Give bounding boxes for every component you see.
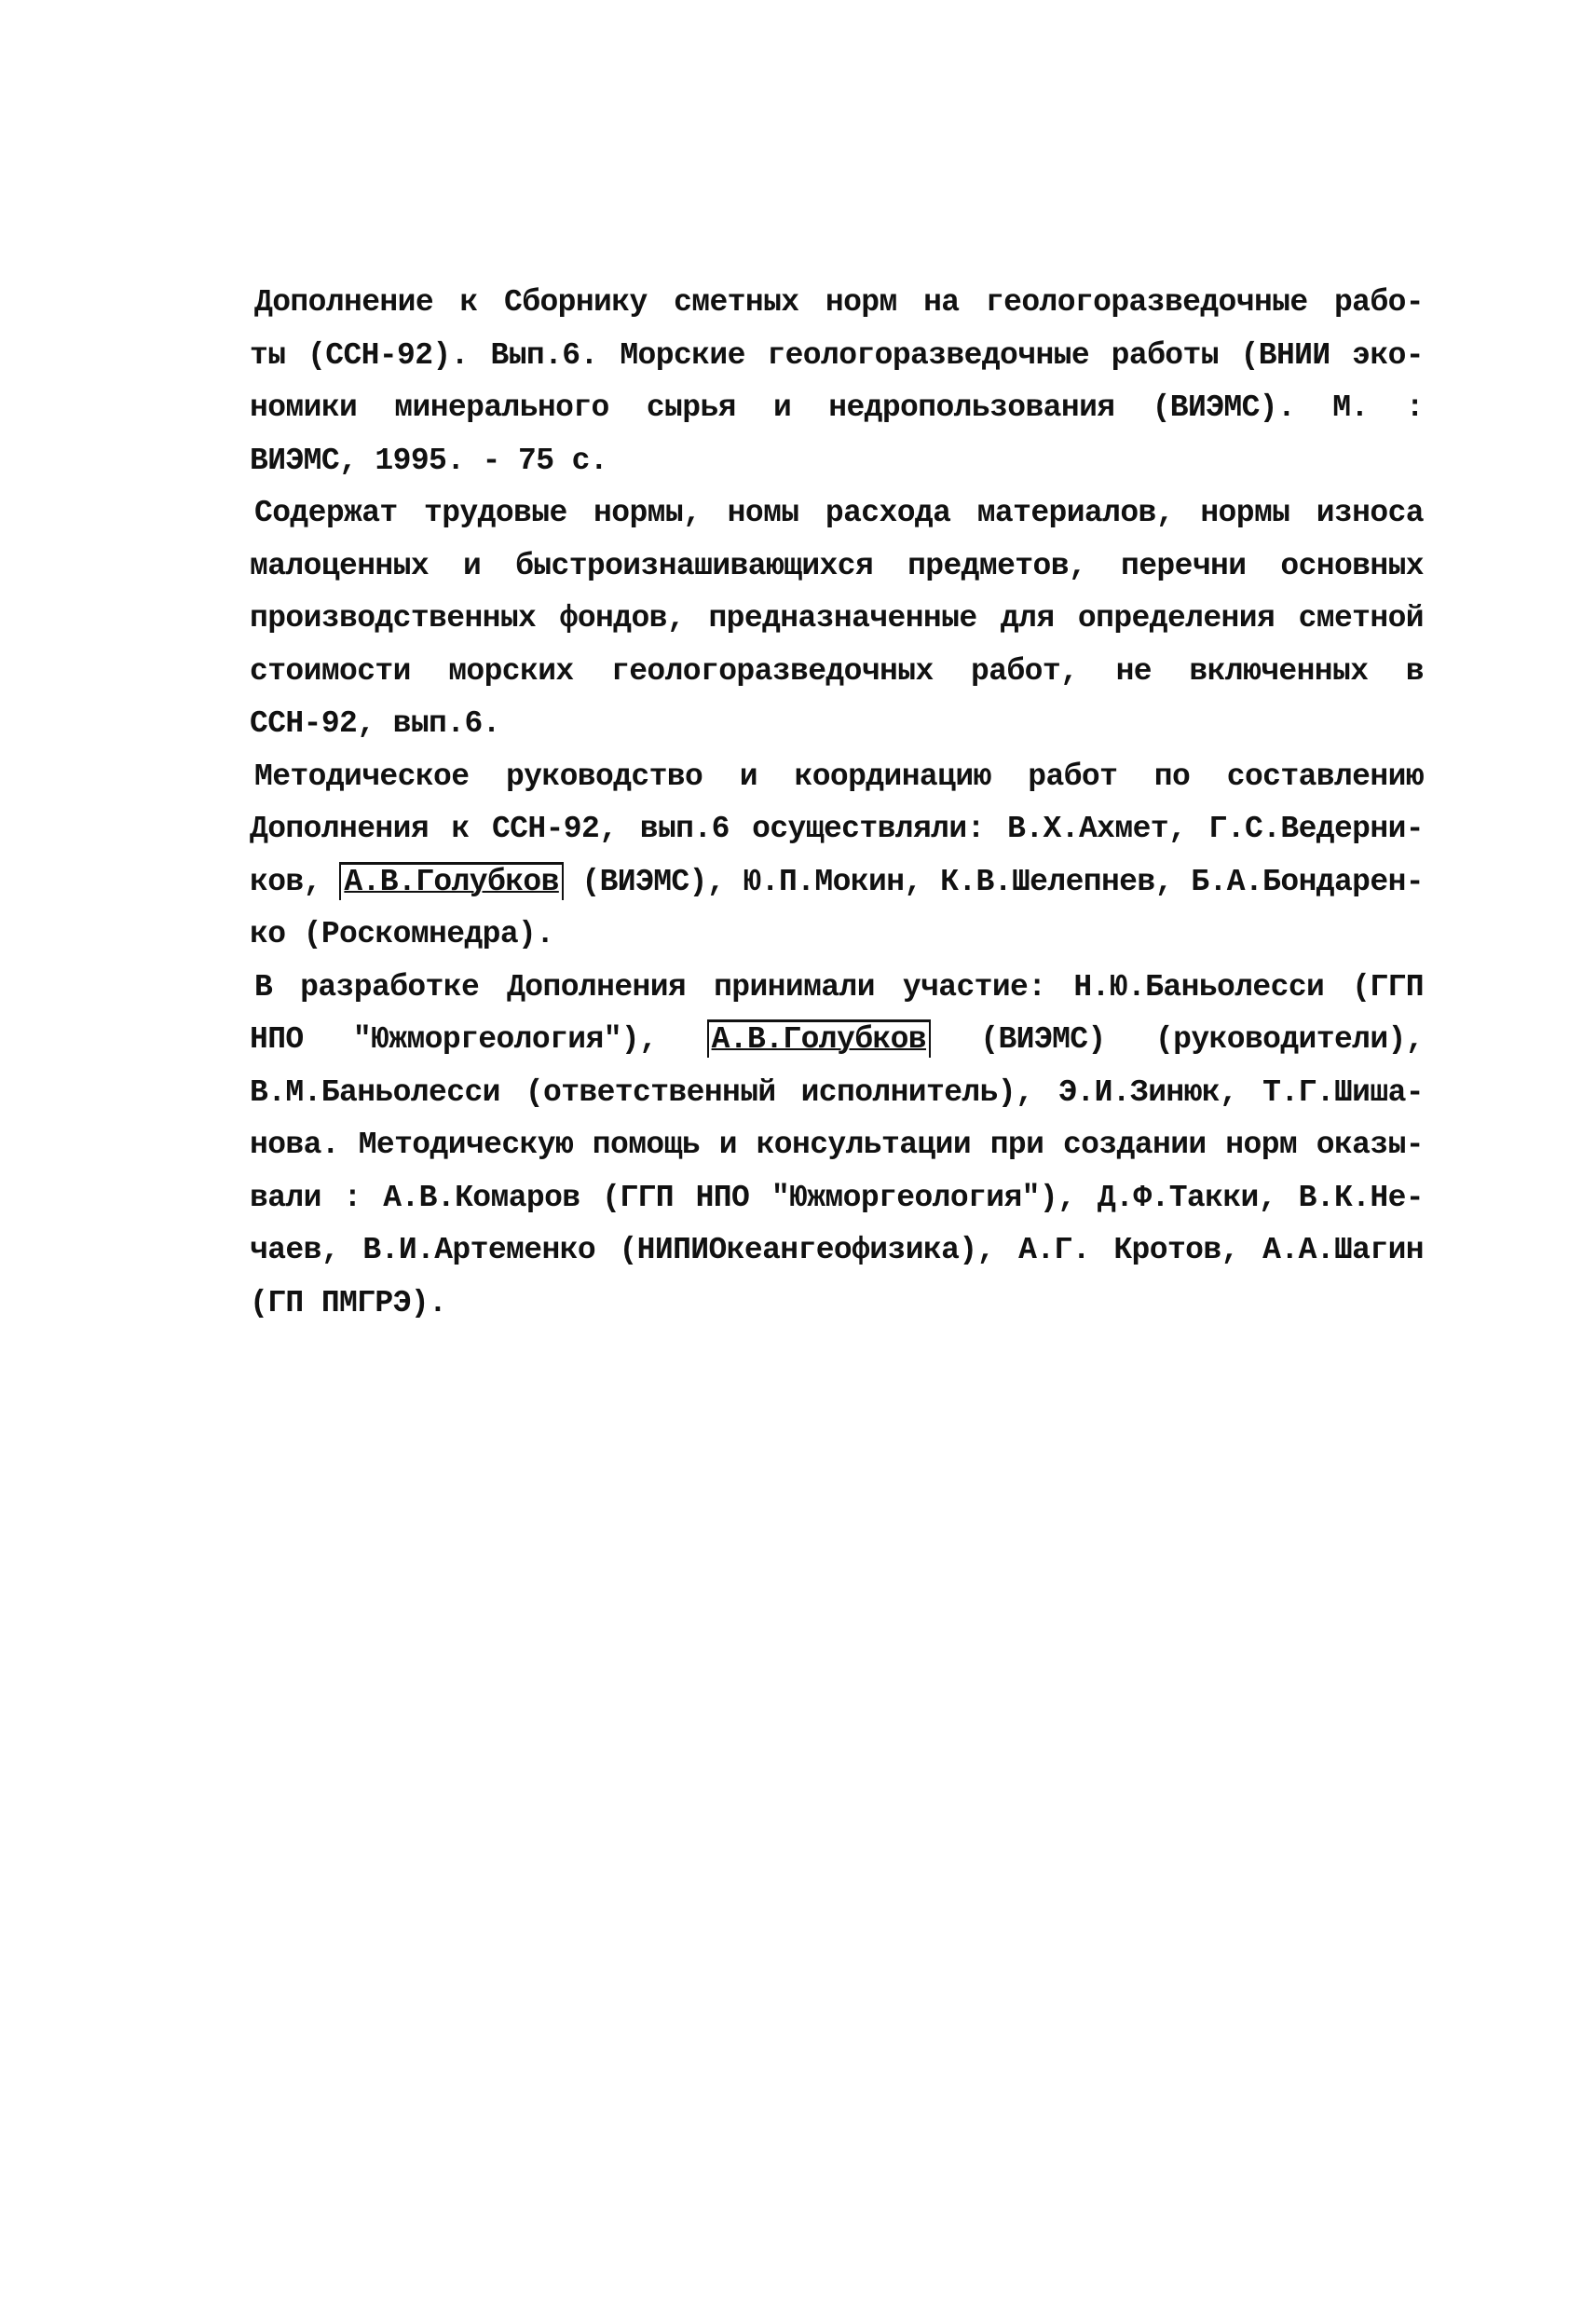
contents-description-paragraph: Содержат трудовые нормы, номы расхода ма… [250,487,1424,751]
text-line: номики минерального сырья и недропользов… [250,382,1424,435]
text-line: ты (ССН-92). Вып.6. Морские геологоразве… [250,330,1424,383]
text-fragment: ков, [250,865,339,899]
text-line: Дополнение к Сборнику сметных норм на ге… [250,277,1424,330]
annotation-text: Дополнение к Сборнику сметных норм на ге… [250,277,1424,1330]
text-line: ССН-92, вып.6. [250,698,1424,751]
text-line: Содержат трудовые нормы, номы расхода ма… [250,487,1424,540]
text-line: производственных фондов, предназначенные… [250,593,1424,646]
text-line: малоценных и быстроизнашивающихся предме… [250,540,1424,594]
memorial-name-frame: А.В.Голубков [339,862,563,900]
text-fragment: НПО "Южморгеология"), [250,1022,707,1057]
text-line: ко (Роскомнедра). [250,909,1424,962]
text-line: стоимости морских геологоразведочных раб… [250,646,1424,699]
text-line: В.М.Баньолесси (ответственный исполнител… [250,1067,1424,1120]
text-line: Дополнения к ССН-92, вып.6 осуществляли:… [250,803,1424,856]
text-line: нова. Методическую помощь и консультации… [250,1119,1424,1172]
text-line: В разработке Дополнения принимали участи… [250,962,1424,1015]
text-line: вали : А.В.Комаров (ГГП НПО "Южморгеолог… [250,1172,1424,1225]
text-line-with-memorial-frame: ков, А.В.Голубков (ВИЭМС), Ю.П.Мокин, К.… [250,856,1424,909]
text-fragment: (ВИЭМС), Ю.П.Мокин, К.В.Шелепнев, Б.А.Бо… [564,865,1424,899]
memorial-name-frame: А.В.Голубков [707,1019,931,1058]
methodical-guidance-paragraph: Методическое руководство и координацию р… [250,751,1424,962]
text-line-with-memorial-frame: НПО "Южморгеология"), А.В.Голубков (ВИЭМ… [250,1014,1424,1067]
text-fragment: (ВИЭМС) (руководители), [931,1022,1424,1057]
contributors-paragraph: В разработке Дополнения принимали участи… [250,962,1424,1331]
document-page: Дополнение к Сборнику сметных норм на ге… [0,0,1596,2311]
bibliographic-reference-paragraph: Дополнение к Сборнику сметных норм на ге… [250,277,1424,487]
text-line: чаев, В.И.Артеменко (НИПИОкеангеофизика)… [250,1224,1424,1278]
text-line: ВИЭМС, 1995. - 75 с. [250,435,1424,488]
text-line: Методическое руководство и координацию р… [250,751,1424,804]
text-line: (ГП ПМГРЭ). [250,1278,1424,1331]
